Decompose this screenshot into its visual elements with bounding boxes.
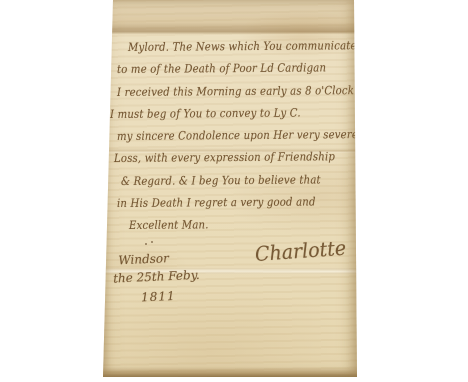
letter-line: to me of the Death of Poor Ld Cardigan xyxy=(117,57,328,81)
letter-line: & Regard. & I beg You to believe that xyxy=(121,168,329,192)
fold-crease-top xyxy=(103,0,357,36)
letter-line: Mylord. The News which You communicated xyxy=(128,34,330,58)
closing-year: 1811 xyxy=(141,286,201,307)
letter-closing: Windsor the 25th Feby. 1811 xyxy=(103,248,201,308)
letter-line: my sincere Condolence upon Her very seve… xyxy=(117,124,328,148)
letter-line: Loss, with every expression of Friendshi… xyxy=(114,146,328,170)
signature: Charlotte xyxy=(254,236,347,266)
letter-line: Excellent Man. xyxy=(129,213,330,237)
letter-line: I must beg of You to convey to Ly C. xyxy=(110,101,327,125)
letter-paper: Mylord. The News which You communicated … xyxy=(103,0,357,377)
ink-speck xyxy=(151,241,153,243)
closing-date: the 25th Feby. xyxy=(113,266,200,288)
ink-speck xyxy=(145,243,147,245)
letter-line: in His Death I regret a very good and xyxy=(117,190,328,214)
letter-line: I received this Morning as early as 8 o'… xyxy=(117,79,328,103)
letter-body: Mylord. The News which You communicated … xyxy=(103,36,357,237)
scanned-letter-image: Mylord. The News which You communicated … xyxy=(0,0,468,382)
paper-bottom-edge xyxy=(103,367,357,377)
